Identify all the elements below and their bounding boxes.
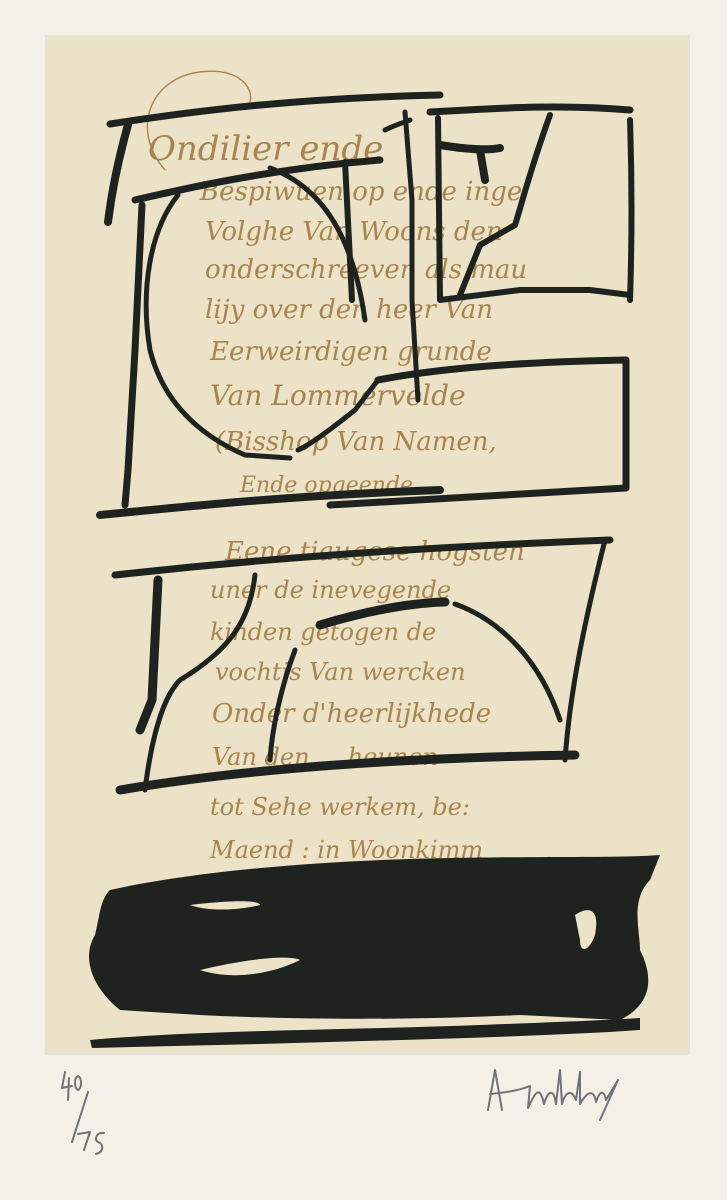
- manuscript-line: onderschreeven als mau: [205, 255, 527, 285]
- etching-artwork: Ondilier ende Bespiwuen op ende inge Vol…: [47, 37, 688, 1052]
- manuscript-line: tot Sehe werkem, be:: [210, 793, 470, 821]
- manuscript-line: vochtis Van wercken: [215, 658, 466, 686]
- manuscript-line: (Bisshop Van Namen,: [215, 427, 497, 457]
- manuscript-line: Volghe Van Woons den: [205, 217, 503, 247]
- edition-number: 40/75: [60, 1070, 150, 1160]
- edition-pencil-mark: [60, 1070, 150, 1160]
- manuscript-text: Ondilier ende Bespiwuen op ende inge Vol…: [148, 129, 527, 954]
- ink-smear: [89, 855, 660, 1048]
- manuscript-line: Onder d'heerlijkhede: [212, 699, 491, 729]
- signature-pencil-mark: [480, 1060, 710, 1130]
- artist-signature: Alechinsky: [480, 1060, 710, 1130]
- manuscript-line: Van Lommervelde: [210, 379, 466, 412]
- etching-plate: Ondilier ende Bespiwuen op ende inge Vol…: [47, 37, 688, 1052]
- manuscript-line: Eerweirdigen grunde: [209, 337, 492, 367]
- manuscript-line: Bespiwuen op ende inge: [199, 177, 522, 207]
